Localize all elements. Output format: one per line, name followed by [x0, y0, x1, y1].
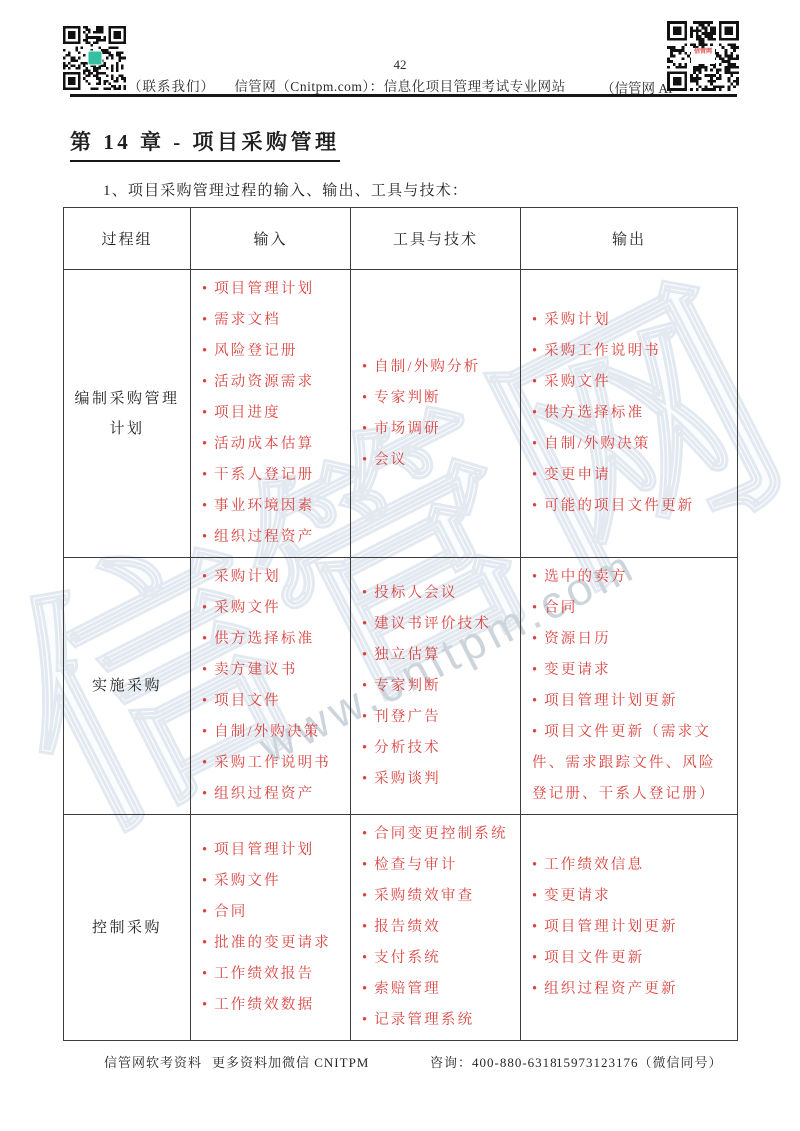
- bullet-icon: •: [202, 405, 207, 421]
- outputs-list: •工作绩效信息•变更请求•项目管理计划更新•项目文件更新•组织过程资产更新: [521, 846, 737, 1009]
- bullet-icon: •: [202, 966, 207, 982]
- bullet-icon: •: [532, 631, 537, 647]
- bullet-icon: •: [532, 312, 537, 328]
- bullet-icon: •: [202, 935, 207, 951]
- tools-list: •投标人会议•建议书评价技术•独立估算•专家判断•刊登广告•分析技术•采购谈判: [351, 574, 520, 799]
- outputs-cell: •采购计划•采购工作说明书•采购文件•供方选择标准•自制/外购决策•变更申请•可…: [521, 270, 738, 558]
- list-item: •报告绩效: [362, 912, 515, 943]
- list-item: •变更请求: [532, 655, 732, 686]
- list-item: •项目管理计划: [202, 274, 345, 305]
- tools-list: •自制/外购分析•专家判断•市场调研•会议: [351, 348, 520, 480]
- tools-list: •合同变更控制系统•检查与审计•采购绩效审查•报告绩效•支付系统•索赔管理•记录…: [351, 815, 520, 1040]
- inputs-list: •项目管理计划•采购文件•合同•批准的变更请求•工作绩效报告•工作绩效数据: [191, 831, 350, 1025]
- bullet-icon: •: [202, 631, 207, 647]
- inputs-list: •项目管理计划•需求文档•风险登记册•活动资源需求•项目进度•活动成本估算•干系…: [191, 270, 350, 557]
- list-item: •组织过程资产: [202, 522, 345, 553]
- bullet-icon: •: [362, 740, 367, 756]
- list-item: •干系人登记册: [202, 460, 345, 491]
- list-item: •分析技术: [362, 733, 515, 764]
- list-item: •合同: [532, 593, 732, 624]
- list-item: •检查与审计: [362, 850, 515, 881]
- list-item: •项目管理计划: [202, 835, 345, 866]
- list-item: •变更请求: [532, 881, 732, 912]
- bullet-icon: •: [532, 436, 537, 452]
- list-item: •采购工作说明书: [202, 748, 345, 779]
- list-item: •变更申请: [532, 460, 732, 491]
- list-item: •采购文件: [202, 593, 345, 624]
- tools-cell: •自制/外购分析•专家判断•市场调研•会议: [351, 270, 521, 558]
- bullet-icon: •: [202, 343, 207, 359]
- bullet-icon: •: [202, 436, 207, 452]
- list-item: •刊登广告: [362, 702, 515, 733]
- list-item: •采购绩效审查: [362, 881, 515, 912]
- list-item: •工作绩效报告: [202, 959, 345, 990]
- procurement-table: 过程组 输入 工具与技术 输出 编制采购管理计划•项目管理计划•需求文档•风险登…: [63, 207, 738, 1041]
- cnitpm-logo-icon: 信管网: [691, 48, 715, 64]
- bullet-icon: •: [362, 647, 367, 663]
- inputs-cell: •采购计划•采购文件•供方选择标准•卖方建议书•项目文件•自制/外购决策•采购工…: [191, 558, 351, 815]
- list-item: •供方选择标准: [202, 624, 345, 655]
- list-item: •自制/外购分析: [362, 352, 515, 383]
- page-title: 第 14 章 - 项目采购管理: [70, 126, 340, 162]
- col-header-inputs: 输入: [191, 208, 351, 270]
- bullet-icon: •: [532, 888, 537, 904]
- document-page: （联系我们） 42 信管网（Cnitpm.com）：信息化项目管理考试专业网站 …: [0, 0, 800, 1131]
- inputs-cell: •项目管理计划•采购文件•合同•批准的变更请求•工作绩效报告•工作绩效数据: [191, 815, 351, 1041]
- table-row: 实施采购•采购计划•采购文件•供方选择标准•卖方建议书•项目文件•自制/外购决策…: [64, 558, 738, 815]
- bullet-icon: •: [202, 755, 207, 771]
- list-item: •选中的卖方: [532, 562, 732, 593]
- bullet-icon: •: [362, 616, 367, 632]
- bullet-icon: •: [202, 662, 207, 678]
- bullet-icon: •: [202, 467, 207, 483]
- bullet-icon: •: [362, 678, 367, 694]
- intro-text: 1、项目采购管理过程的输入、输出、工具与技术：: [103, 179, 468, 200]
- bullet-icon: •: [202, 374, 207, 390]
- bullet-icon: •: [202, 281, 207, 297]
- list-item: •组织过程资产更新: [532, 974, 732, 1005]
- process-group-cell: 编制采购管理计划: [64, 270, 191, 558]
- table-row: 控制采购•项目管理计划•采购文件•合同•批准的变更请求•工作绩效报告•工作绩效数…: [64, 815, 738, 1041]
- footer-brand: 信管网软考资料: [104, 1052, 202, 1071]
- process-group-cell: 控制采购: [64, 815, 191, 1041]
- list-item: •采购计划: [202, 562, 345, 593]
- col-header-tools: 工具与技术: [351, 208, 521, 270]
- bullet-icon: •: [362, 950, 367, 966]
- bullet-icon: •: [532, 467, 537, 483]
- list-item: •独立估算: [362, 640, 515, 671]
- list-item: •资源日历: [532, 624, 732, 655]
- list-item: •需求文档: [202, 305, 345, 336]
- bullet-icon: •: [202, 873, 207, 889]
- bullet-icon: •: [532, 374, 537, 390]
- bullet-icon: •: [532, 919, 537, 935]
- list-item: •可能的项目文件更新: [532, 491, 732, 522]
- col-header-outputs: 输出: [521, 208, 738, 270]
- list-item: •采购计划: [532, 305, 732, 336]
- list-item: •卖方建议书: [202, 655, 345, 686]
- list-item: •建议书评价技术: [362, 609, 515, 640]
- bullet-icon: •: [362, 709, 367, 725]
- list-item: •采购文件: [202, 866, 345, 897]
- bullet-icon: •: [362, 390, 367, 406]
- bullet-icon: •: [532, 662, 537, 678]
- bullet-icon: •: [202, 312, 207, 328]
- bullet-icon: •: [362, 452, 367, 468]
- tools-cell: •投标人会议•建议书评价技术•独立估算•专家判断•刊登广告•分析技术•采购谈判: [351, 558, 521, 815]
- list-item: •记录管理系统: [362, 1005, 515, 1036]
- list-item: •会议: [362, 445, 515, 476]
- inputs-list: •采购计划•采购文件•供方选择标准•卖方建议书•项目文件•自制/外购决策•采购工…: [191, 558, 350, 814]
- list-item: •项目文件更新（需求文件、需求跟踪文件、风险登记册、干系人登记册）: [532, 717, 732, 810]
- outputs-cell: •选中的卖方•合同•资源日历•变更请求•项目管理计划更新•项目文件更新（需求文件…: [521, 558, 738, 815]
- bullet-icon: •: [532, 405, 537, 421]
- bullet-icon: •: [202, 600, 207, 616]
- list-item: •项目管理计划更新: [532, 912, 732, 943]
- bullet-icon: •: [532, 343, 537, 359]
- process-group-cell: 实施采购: [64, 558, 191, 815]
- tools-cell: •合同变更控制系统•检查与审计•采购绩效审查•报告绩效•支付系统•索赔管理•记录…: [351, 815, 521, 1041]
- list-item: •风险登记册: [202, 336, 345, 367]
- list-item: •自制/外购决策: [532, 429, 732, 460]
- bullet-icon: •: [362, 888, 367, 904]
- bullet-icon: •: [202, 529, 207, 545]
- list-item: •工作绩效数据: [202, 990, 345, 1021]
- bullet-icon: •: [532, 724, 537, 740]
- list-item: •采购谈判: [362, 764, 515, 795]
- list-item: •活动成本估算: [202, 429, 345, 460]
- list-item: •项目文件更新: [532, 943, 732, 974]
- footer-wechat: 更多资料加微信 CNITPM: [212, 1052, 369, 1071]
- list-item: •投标人会议: [362, 578, 515, 609]
- bullet-icon: •: [532, 981, 537, 997]
- list-item: •采购文件: [532, 367, 732, 398]
- bullet-icon: •: [362, 857, 367, 873]
- list-item: •活动资源需求: [202, 367, 345, 398]
- bullet-icon: •: [202, 724, 207, 740]
- bullet-icon: •: [362, 919, 367, 935]
- col-header-process-group: 过程组: [64, 208, 191, 270]
- list-item: •市场调研: [362, 414, 515, 445]
- inputs-cell: •项目管理计划•需求文档•风险登记册•活动资源需求•项目进度•活动成本估算•干系…: [191, 270, 351, 558]
- list-item: •采购工作说明书: [532, 336, 732, 367]
- list-item: •合同: [202, 897, 345, 928]
- bullet-icon: •: [532, 857, 537, 873]
- list-item: •组织过程资产: [202, 779, 345, 810]
- bullet-icon: •: [202, 842, 207, 858]
- list-item: •项目管理计划更新: [532, 686, 732, 717]
- app-qr-code: 信管网: [667, 21, 739, 91]
- bullet-icon: •: [362, 421, 367, 437]
- footer-phone: 15973123176（微信同号）: [556, 1052, 723, 1071]
- bullet-icon: •: [532, 600, 537, 616]
- list-item: •索赔管理: [362, 974, 515, 1005]
- list-item: •项目进度: [202, 398, 345, 429]
- bullet-icon: •: [202, 693, 207, 709]
- footer-consult: 咨询：400-880-6318: [430, 1052, 558, 1071]
- bullet-icon: •: [362, 771, 367, 787]
- outputs-list: •采购计划•采购工作说明书•采购文件•供方选择标准•自制/外购决策•变更申请•可…: [521, 301, 737, 526]
- bullet-icon: •: [202, 786, 207, 802]
- bullet-icon: •: [362, 359, 367, 375]
- list-item: •合同变更控制系统: [362, 819, 515, 850]
- bullet-icon: •: [362, 826, 367, 842]
- list-item: •专家判断: [362, 671, 515, 702]
- bullet-icon: •: [202, 997, 207, 1013]
- page-footer: 信管网软考资料 更多资料加微信 CNITPM 咨询：400-880-6318 1…: [0, 1052, 800, 1078]
- procurement-table-wrap: 过程组 输入 工具与技术 输出 编制采购管理计划•项目管理计划•需求文档•风险登…: [63, 207, 738, 1041]
- bullet-icon: •: [202, 569, 207, 585]
- bullet-icon: •: [202, 498, 207, 514]
- outputs-list: •选中的卖方•合同•资源日历•变更请求•项目管理计划更新•项目文件更新（需求文件…: [521, 558, 737, 814]
- list-item: •工作绩效信息: [532, 850, 732, 881]
- table-header-row: 过程组 输入 工具与技术 输出: [64, 208, 738, 270]
- list-item: •批准的变更请求: [202, 928, 345, 959]
- bullet-icon: •: [362, 981, 367, 997]
- bullet-icon: •: [362, 585, 367, 601]
- list-item: •项目文件: [202, 686, 345, 717]
- qr-center-label: 信管网: [694, 49, 712, 55]
- list-item: •专家判断: [362, 383, 515, 414]
- bullet-icon: •: [202, 904, 207, 920]
- bullet-icon: •: [532, 569, 537, 585]
- bullet-icon: •: [532, 950, 537, 966]
- bullet-icon: •: [362, 1012, 367, 1028]
- bullet-icon: •: [532, 693, 537, 709]
- outputs-cell: •工作绩效信息•变更请求•项目管理计划更新•项目文件更新•组织过程资产更新: [521, 815, 738, 1041]
- bullet-icon: •: [532, 498, 537, 514]
- list-item: •支付系统: [362, 943, 515, 974]
- list-item: •事业环境因素: [202, 491, 345, 522]
- list-item: •供方选择标准: [532, 398, 732, 429]
- table-row: 编制采购管理计划•项目管理计划•需求文档•风险登记册•活动资源需求•项目进度•活…: [64, 270, 738, 558]
- list-item: •自制/外购决策: [202, 717, 345, 748]
